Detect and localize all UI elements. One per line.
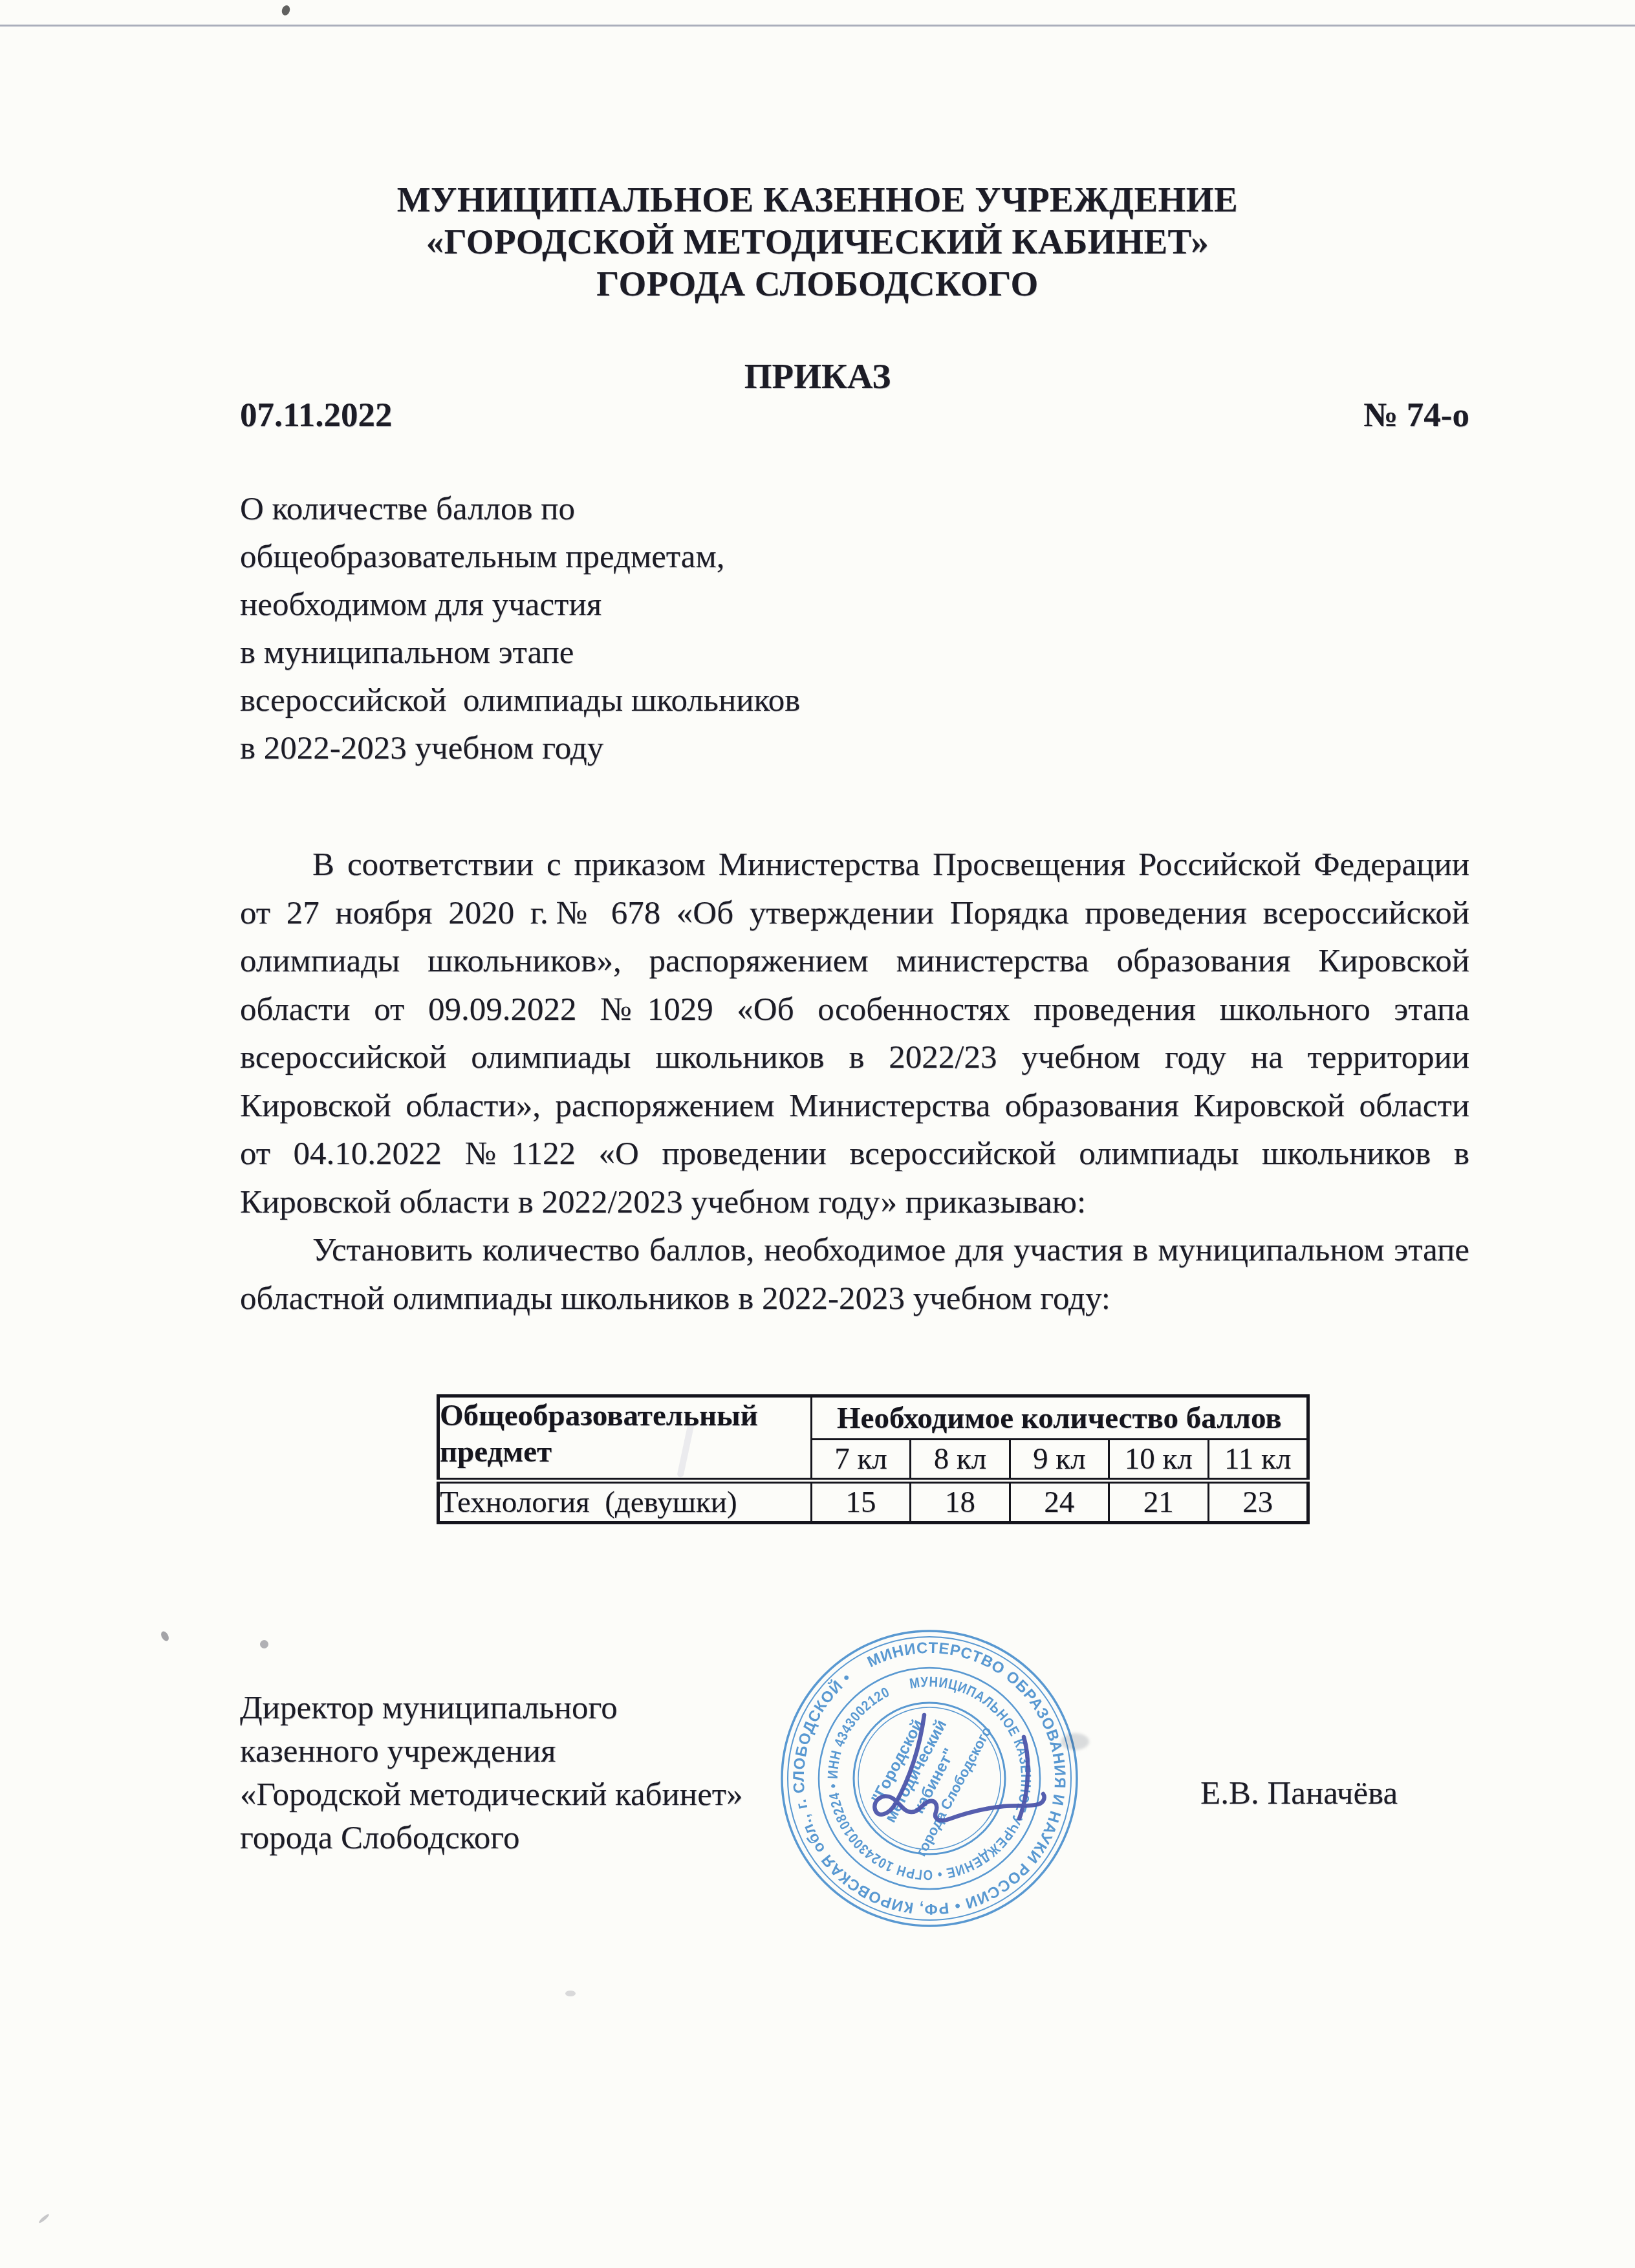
column-header-scores: Необходимое количество баллов bbox=[811, 1396, 1308, 1440]
document-type-title: ПРИКАЗ bbox=[0, 356, 1635, 396]
subject-line: необходимом для участия bbox=[240, 581, 800, 629]
document-date: 07.11.2022 bbox=[240, 396, 393, 435]
score-cell: 21 bbox=[1109, 1481, 1208, 1523]
score-cell: 24 bbox=[1010, 1481, 1109, 1523]
subject-line: всероссийской олимпиады школьников bbox=[240, 676, 800, 724]
org-name-line: ГОРОДА СЛОБОДСКОГО bbox=[0, 263, 1635, 305]
subject-line: в муниципальном этапе bbox=[240, 629, 800, 676]
signature-position-line: «Городской методический кабинет» bbox=[240, 1773, 743, 1817]
signer-name: Е.В. Паначёва bbox=[1200, 1775, 1398, 1812]
signature-position-line: города Слободского bbox=[240, 1817, 743, 1860]
subject-cell: Технология (девушки) bbox=[439, 1481, 812, 1523]
scan-speck bbox=[160, 1630, 171, 1643]
body-paragraph: Установить количество баллов, необходимо… bbox=[240, 1226, 1469, 1323]
score-cell: 15 bbox=[811, 1481, 910, 1523]
body-paragraph: В соответствии с приказом Министерства П… bbox=[240, 841, 1469, 1226]
signature-position-block: Директор муниципального казенного учрежд… bbox=[240, 1687, 743, 1860]
subject-line: в 2022-2023 учебном году bbox=[240, 724, 800, 772]
column-header-class: 9 кл bbox=[1010, 1440, 1109, 1481]
subject-line: общеобразовательным предметам, bbox=[240, 533, 800, 581]
document-number: № 74-о bbox=[1363, 396, 1469, 435]
column-header-class: 11 кл bbox=[1208, 1440, 1308, 1481]
subject-line: О количестве баллов по bbox=[240, 485, 800, 533]
score-cell: 18 bbox=[911, 1481, 1010, 1523]
body-text: В соответствии с приказом Министерства П… bbox=[240, 841, 1469, 1323]
official-stamp: МИНИСТЕРСТВО ОБРАЗОВАНИЯ И НАУКИ РОССИИ … bbox=[774, 1623, 1085, 1934]
column-header-class: 7 кл bbox=[811, 1440, 910, 1481]
subject-block: О количестве баллов по общеобразовательн… bbox=[240, 485, 800, 772]
scan-speck bbox=[260, 1640, 268, 1648]
org-name-block: МУНИЦИПАЛЬНОЕ КАЗЕННОЕ УЧРЕЖДЕНИЕ «ГОРОД… bbox=[0, 178, 1635, 305]
scan-speck bbox=[281, 4, 292, 16]
scan-artifact-line bbox=[0, 25, 1635, 27]
scanned-order-document: МУНИЦИПАЛЬНОЕ КАЗЕННОЕ УЧРЕЖДЕНИЕ «ГОРОД… bbox=[0, 0, 1635, 2268]
table-row: Технология (девушки) 15 18 24 21 23 bbox=[439, 1481, 1308, 1523]
org-name-line: «ГОРОДСКОЙ МЕТОДИЧЕСКИЙ КАБИНЕТ» bbox=[0, 221, 1635, 263]
score-cell: 23 bbox=[1208, 1481, 1308, 1523]
table-header-row: Общеобразовательный предмет Необходимое … bbox=[439, 1396, 1308, 1440]
scan-speck bbox=[565, 1991, 576, 1996]
column-header-class: 10 кл bbox=[1109, 1440, 1208, 1481]
scan-speck bbox=[38, 2213, 50, 2224]
signature-position-line: Директор муниципального bbox=[240, 1687, 743, 1730]
column-header-class: 8 кл bbox=[911, 1440, 1010, 1481]
signature-position-line: казенного учреждения bbox=[240, 1730, 743, 1773]
scores-table: Общеобразовательный предмет Необходимое … bbox=[437, 1394, 1310, 1524]
org-name-line: МУНИЦИПАЛЬНОЕ КАЗЕННОЕ УЧРЕЖДЕНИЕ bbox=[0, 178, 1635, 221]
column-header-subject: Общеобразовательный предмет bbox=[439, 1396, 812, 1481]
